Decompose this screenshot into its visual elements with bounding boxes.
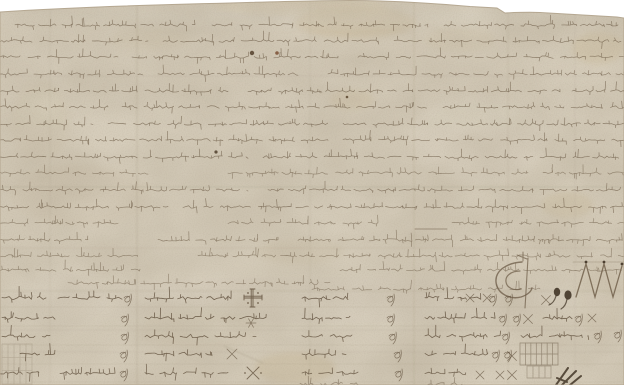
monogram-dot (621, 263, 624, 266)
ink-spot (214, 150, 217, 153)
parchment-grain (0, 0, 624, 385)
ink-spot (250, 51, 254, 55)
parchment-canvas (0, 0, 624, 385)
ink-spot (346, 96, 349, 99)
screenshot-root (0, 0, 624, 385)
ink-spot (275, 51, 279, 55)
ink-blob (564, 290, 571, 299)
monogram-dot (603, 261, 606, 264)
ink-blob (554, 288, 560, 296)
monogram-dot (585, 261, 588, 264)
manuscript-photo (0, 0, 624, 385)
